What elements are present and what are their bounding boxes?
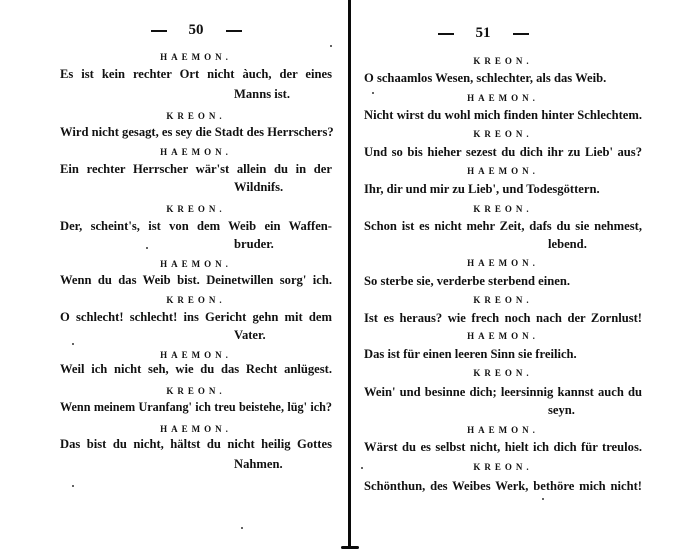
verse-line: Der, scheint's, ist von dem Weib ein Waf… <box>60 219 332 234</box>
verse-line: Wein' und besinne dich; leersinnig kanns… <box>364 385 642 400</box>
speaker-label: HAEMON. <box>364 425 642 435</box>
speaker-label: KREON. <box>60 295 332 305</box>
right-page: 51 KREON. O schaamlos Wesen, schlechter,… <box>364 0 642 552</box>
speaker-label: KREON. <box>364 462 642 472</box>
scan-speck <box>361 467 363 469</box>
scan-speck <box>330 45 332 47</box>
speaker-label: KREON. <box>60 204 332 214</box>
verse-line: O schaamlos Wesen, schlechter, als das W… <box>364 71 642 86</box>
verse-line: Ist es heraus? wie frech noch nach der Z… <box>364 311 642 326</box>
verse-line: Wenn meinem Uranfang' ich treu beistehe,… <box>60 400 332 415</box>
verse-line: Es ist kein rechter Ort nicht àuch, der … <box>60 67 332 82</box>
page-number-header: 50 <box>60 22 332 39</box>
verse-line: Schönthun, des Weibes Werk, bethöre mich… <box>364 479 642 494</box>
speaker-label: HAEMON. <box>364 331 642 341</box>
verse-line: Nicht wirst du wohl mich finden hinter S… <box>364 108 642 123</box>
verse-line: Wenn du das Weib bist. Deinetwillen sorg… <box>60 273 332 288</box>
dash-right <box>226 30 242 32</box>
speaker-label: KREON. <box>364 129 642 139</box>
verse-line: Ihr, dir und mir zu Lieb', und Todesgött… <box>364 182 642 197</box>
dash-left <box>438 33 454 35</box>
speaker-label: HAEMON. <box>364 258 642 268</box>
verse-continuation: seyn. <box>364 403 642 418</box>
book-spread: 50 HAEMON. Es ist kein rechter Ort nicht… <box>0 0 698 552</box>
book-gutter-foot <box>341 546 359 549</box>
book-gutter <box>348 0 351 548</box>
verse-continuation: lebend. <box>364 237 642 252</box>
verse-line: Weil ich nicht seh, wie du das Recht anl… <box>60 362 332 377</box>
speaker-label: HAEMON. <box>364 93 642 103</box>
verse-line: Ein rechter Herrscher wär'st allein du i… <box>60 162 332 177</box>
page-number-header: 51 <box>324 25 642 42</box>
speaker-label: HAEMON. <box>60 350 332 360</box>
speaker-label: KREON. <box>60 386 332 396</box>
speaker-label: HAEMON. <box>60 424 332 434</box>
speaker-label: KREON. <box>60 111 332 121</box>
verse-line: Wärst du es selbst nicht, hielt ich dich… <box>364 440 642 455</box>
verse-continuation: Wildnifs. <box>60 180 332 195</box>
verse-continuation: bruder. <box>60 237 332 252</box>
verse-line: So sterbe sie, verderbe sterbend einen. <box>364 274 642 289</box>
speaker-label: HAEMON. <box>60 147 332 157</box>
left-page: 50 HAEMON. Es ist kein rechter Ort nicht… <box>60 0 332 552</box>
verse-continuation: Vater. <box>60 328 332 343</box>
scan-speck <box>372 92 374 94</box>
page-number: 50 <box>189 22 204 38</box>
verse-line: Wird nicht gesagt, es sey die Stadt des … <box>60 125 332 140</box>
speaker-label: KREON. <box>364 56 642 66</box>
speaker-label: HAEMON. <box>60 259 332 269</box>
scan-speck <box>72 343 74 345</box>
speaker-label: KREON. <box>364 368 642 378</box>
verse-line: Das ist für einen leeren Sinn sie freili… <box>364 347 642 362</box>
verse-line: Das bist du nicht, hältst du nicht heili… <box>60 437 332 452</box>
verse-continuation: Manns ist. <box>60 87 332 102</box>
scan-speck <box>542 498 544 500</box>
speaker-label: HAEMON. <box>364 166 642 176</box>
verse-continuation: Nahmen. <box>60 457 332 472</box>
page-number: 51 <box>476 25 491 41</box>
speaker-label: HAEMON. <box>60 52 332 62</box>
dash-left <box>151 30 167 32</box>
dash-right <box>513 33 529 35</box>
verse-line: Und so bis hieher sezest du dich ihr zu … <box>364 145 642 160</box>
verse-line: Schon ist es nicht mehr Zeit, dafs du si… <box>364 219 642 234</box>
scan-speck <box>72 485 74 487</box>
verse-line: O schlecht! schlecht! ins Gericht gehn m… <box>60 310 332 325</box>
scan-speck <box>241 527 243 529</box>
speaker-label: KREON. <box>364 295 642 305</box>
scan-speck <box>146 247 148 249</box>
speaker-label: KREON. <box>364 204 642 214</box>
